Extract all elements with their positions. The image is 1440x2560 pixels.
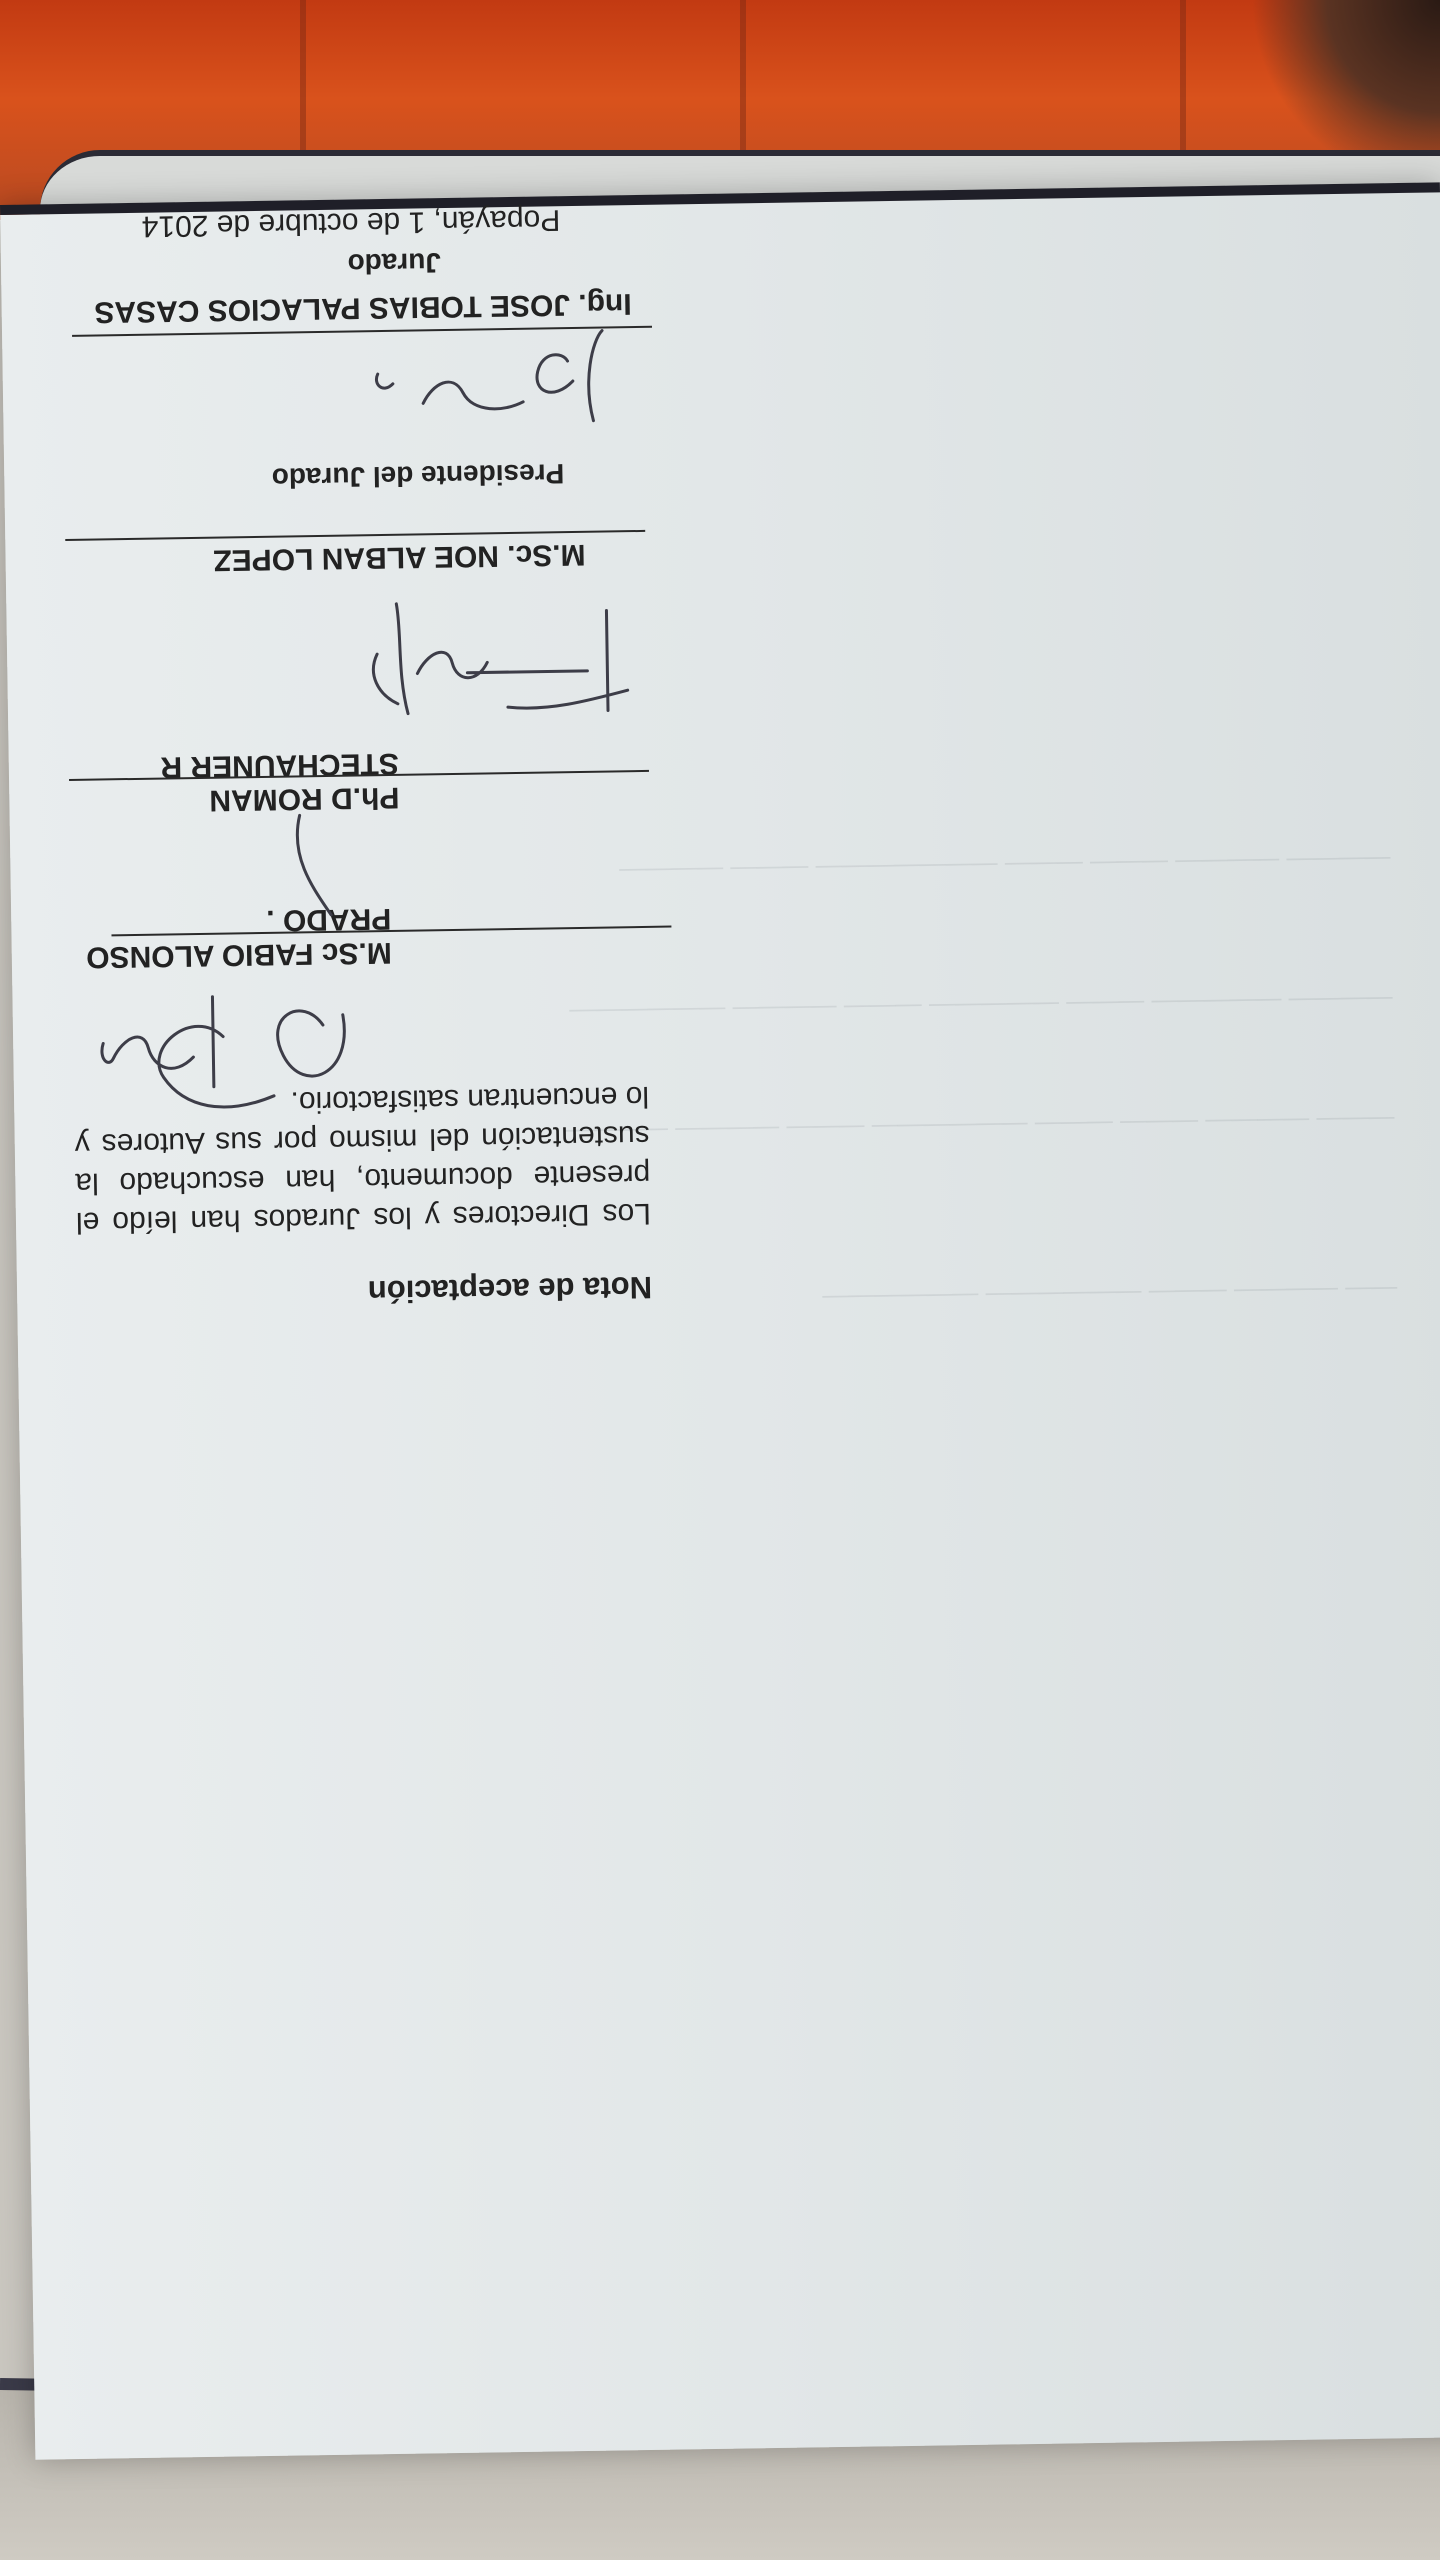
signatory-role: Presidente del Jurado: [272, 457, 565, 494]
signature-roman: [249, 804, 371, 926]
place-date: Popayán, 1 de octubre de 2014: [141, 202, 560, 243]
signature-jose: [322, 320, 624, 445]
bleed-through-text: ———— ——— ——————— ——— ——— ———— ————: [619, 842, 1391, 890]
document-page: —————— —————— ——— ———— —— ———— ———— ——— …: [0, 192, 1440, 2459]
signature-fabio: [82, 984, 364, 1118]
bleed-through-text: —————— —————— ——— ———— ——: [822, 1272, 1397, 1317]
signatory-name: M.Sc. NOE ALBAN LOPEZ: [213, 537, 586, 577]
signatory-name: Ph.D ROMAN STECHAUNER R: [9, 746, 400, 820]
paper-sheet: —————— —————— ——— ———— —— ———— ———— ——— …: [0, 182, 1440, 2459]
bleed-through-text: —————— ———— ——— ————— ——— ————— ————: [569, 982, 1393, 1031]
shadow-corner: [1240, 0, 1440, 150]
signature-noe: [346, 590, 648, 735]
document-title: Nota de aceptación: [368, 1269, 653, 1309]
bleed-through-text: ———— ———— ——— —————— ——— ——— ———— ———: [564, 1102, 1395, 1151]
signatory-role: Jurado: [347, 246, 441, 279]
